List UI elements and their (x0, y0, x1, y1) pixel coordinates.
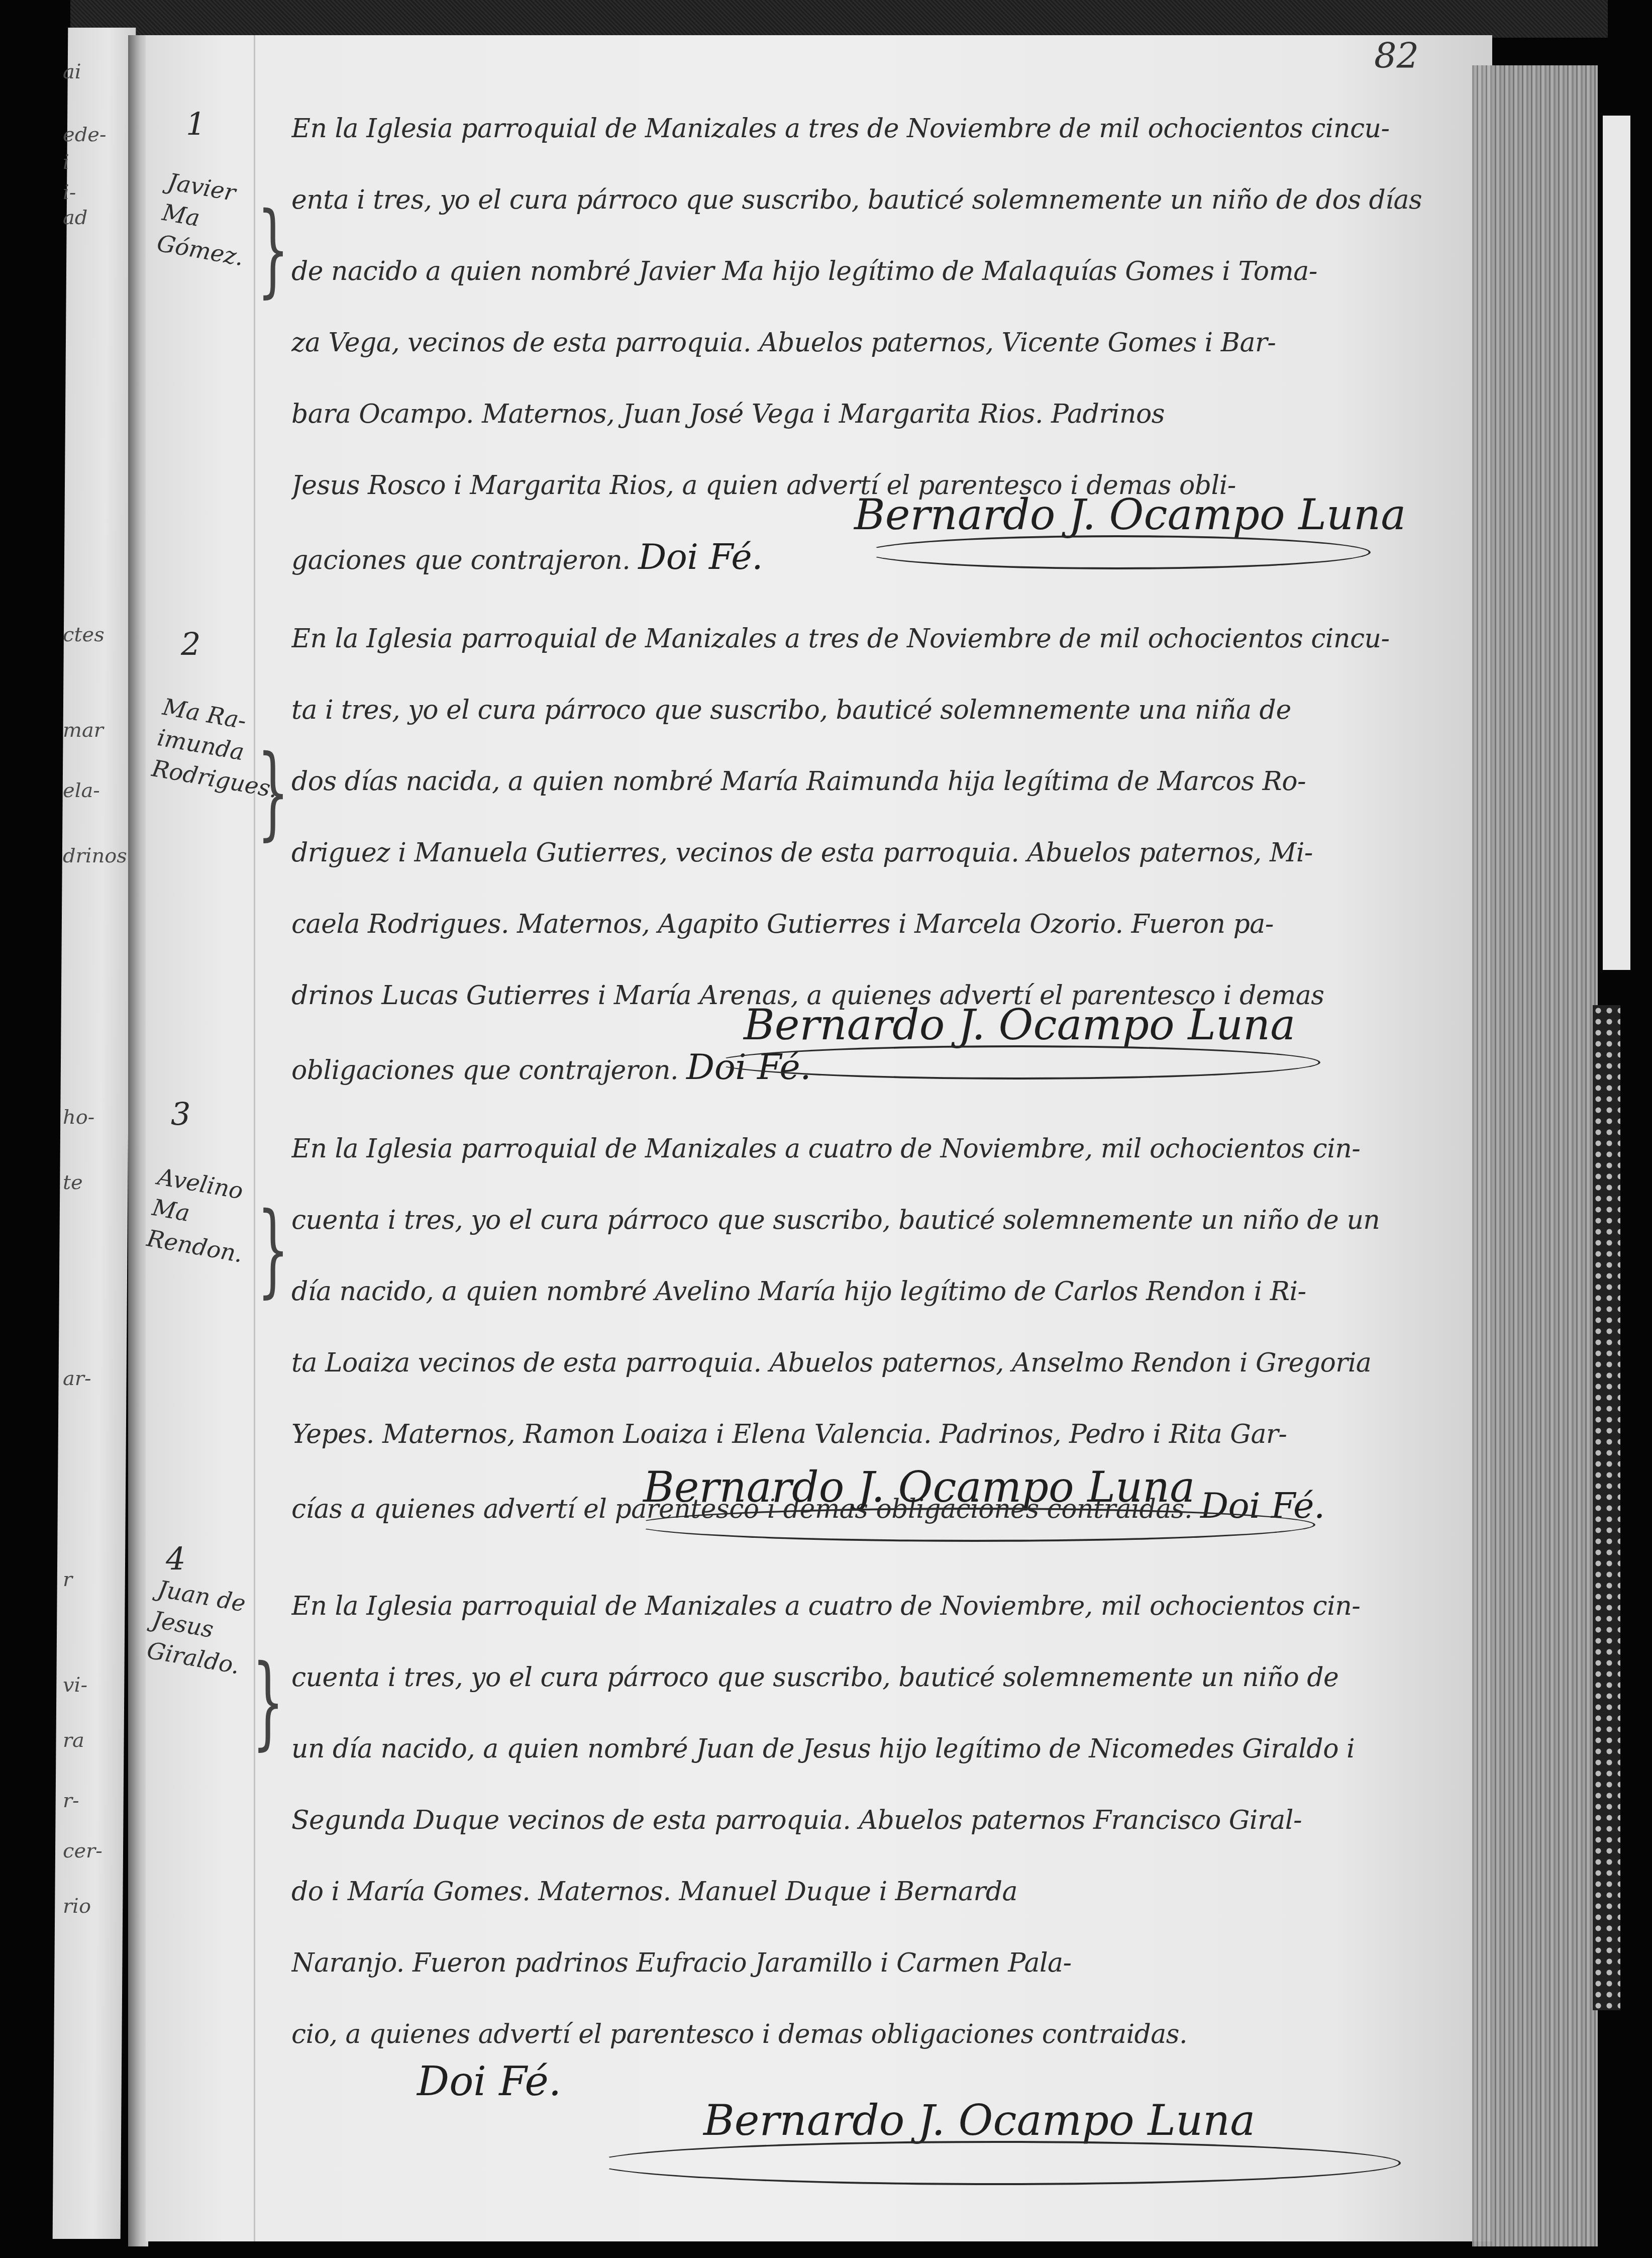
background-fabric-pattern (1593, 1005, 1620, 2010)
entry-line: cuenta i tres, yo el cura párroco que su… (291, 1642, 1442, 1713)
brace-icon: } (257, 1191, 289, 1308)
entry-4-text: En la Iglesia parroquial de Manizales a … (291, 1570, 1442, 2070)
entry-line: cuenta i tres, yo el cura párroco que su… (291, 1185, 1442, 1256)
margin-note-baptized-name: Juan de Jesus Giraldo. (145, 1573, 255, 1682)
brace-icon: } (257, 191, 289, 308)
entry-line: En la Iglesia parroquial de Manizales a … (291, 1113, 1442, 1185)
margin-note-baptized-name: Avelino Ma Rendon. (145, 1161, 255, 1269)
entry-line: Naranjo. Fueron padrinos Eufracio Jarami… (291, 1927, 1442, 1999)
book-gutter (128, 35, 148, 2246)
left-page-fragment: ar- (63, 1367, 91, 1390)
book-cover-top (70, 0, 1608, 38)
doi-fe-attestation: Doi Fé. (417, 2058, 561, 2105)
background-paper (1603, 116, 1630, 970)
entry-line: ta i tres, yo el cura párroco que suscri… (291, 674, 1442, 746)
signature-flourish (864, 535, 1371, 569)
entry-line-text: obligaciones que contrajeron. (291, 1055, 678, 1086)
left-page-fragment: ela- (63, 779, 100, 802)
left-page-fragment: ra (63, 1729, 84, 1752)
entry-line: día nacido, a quien nombré Avelino María… (291, 1256, 1442, 1327)
priest-signature: Bernardo J. Ocampo Luna (703, 2096, 1255, 2145)
left-page-fragment: r- (63, 1789, 79, 1812)
left-page-fragment: r (63, 1568, 72, 1591)
left-page-fragment: ad (63, 206, 87, 229)
entry-line: Yepes. Maternos, Ramon Loaiza i Elena Va… (291, 1399, 1442, 1470)
signature-flourish (713, 1045, 1320, 1079)
entry-line: un día nacido, a quien nombré Juan de Je… (291, 1713, 1442, 1785)
left-page-fragment: mar (63, 719, 104, 742)
entry-line: enta i tres, yo el cura párroco que susc… (291, 164, 1442, 236)
priest-signature: Bernardo J. Ocampo Luna (744, 1000, 1295, 1049)
doi-fe-attestation: Doi Fé. (638, 536, 763, 577)
priest-signature: Bernardo J. Ocampo Luna (854, 490, 1406, 539)
entry-number: 2 (181, 626, 200, 662)
entry-line: de nacido a quien nombré Javier Ma hijo … (291, 236, 1442, 307)
margin-note-baptized-name: Ma Ra- imunda Rodrigues. (150, 691, 260, 800)
entry-line: En la Iglesia parroquial de Manizales a … (291, 603, 1442, 674)
left-page-fragment: i (63, 151, 69, 174)
left-page-fragment: ho- (63, 1106, 94, 1129)
entry-number: 3 (171, 1096, 190, 1132)
left-page-fragment: cer- (63, 1839, 102, 1862)
left-page-fragment: ctes (63, 623, 105, 646)
entry-line: Segunda Duque vecinos de esta parroquia.… (291, 1785, 1442, 1856)
left-page-fragment: vi- (63, 1674, 87, 1697)
page-stack-edges (1472, 65, 1598, 2246)
entry-line: caela Rodrigues. Maternos, Agapito Gutie… (291, 889, 1442, 960)
entry-number: 4 (166, 1540, 185, 1577)
brace-icon: } (252, 1643, 284, 1760)
left-page-fragment: ai (63, 60, 81, 83)
entry-line: En la Iglesia parroquial de Manizales a … (291, 93, 1442, 164)
left-page-fragment: rio (63, 1895, 91, 1918)
entry-line-text: gaciones que contrajeron. (291, 545, 630, 575)
entry-number: 1 (186, 106, 205, 142)
entry-line: dos días nacida, a quien nombré María Ra… (291, 746, 1442, 817)
signature-flourish (633, 1508, 1315, 1542)
left-page-fragment: te (63, 1171, 83, 1194)
left-page-fragment: ede- (63, 123, 106, 146)
page-number: 82 (1374, 35, 1419, 76)
margin-rule (254, 35, 255, 2241)
entry-line: driguez i Manuela Gutierres, vecinos de … (291, 817, 1442, 889)
priest-signature: Bernardo J. Ocampo Luna (643, 1462, 1195, 1512)
left-page-fragment: drinos (63, 844, 127, 867)
signature-flourish (593, 2141, 1401, 2185)
entry-line: ta Loaiza vecinos de esta parroquia. Abu… (291, 1327, 1442, 1399)
entry-line: bara Ocampo. Maternos, Juan José Vega i … (291, 378, 1442, 450)
left-page-fragment: i- (63, 181, 76, 204)
entry-line: do i María Gomes. Maternos. Manuel Duque… (291, 1856, 1442, 1927)
entry-line: En la Iglesia parroquial de Manizales a … (291, 1570, 1442, 1642)
brace-icon: } (257, 734, 289, 851)
entry-line: za Vega, vecinos de esta parroquia. Abue… (291, 307, 1442, 378)
margin-note-baptized-name: Javier Ma Gómez. (155, 166, 265, 274)
